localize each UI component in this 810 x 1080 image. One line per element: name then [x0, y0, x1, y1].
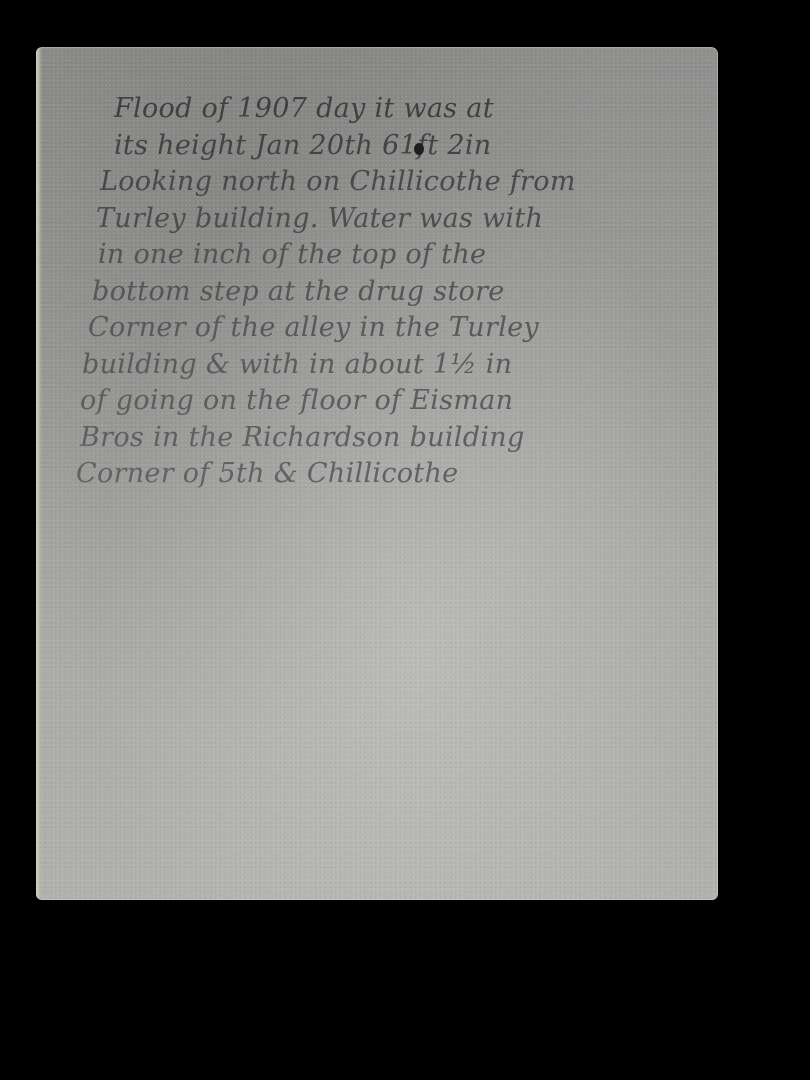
photo-background: Flood of 1907 day it was at its height J…: [0, 0, 810, 1080]
note-line: of going on the floor of Eisman: [76, 383, 696, 420]
note-line: Corner of the alley in the Turley: [76, 310, 696, 347]
note-line: bottom step at the drug store: [76, 274, 696, 311]
note-line: Bros in the Richardson building: [76, 420, 696, 457]
note-line: in one inch of the top of the: [76, 237, 696, 274]
note-line: its height Jan 20th 61ft 2in: [76, 128, 696, 165]
note-line: Corner of 5th & Chillicothe: [76, 456, 696, 493]
handwritten-note: Flood of 1907 day it was at its height J…: [76, 91, 696, 493]
note-line: Turley building. Water was with: [76, 201, 696, 238]
note-line: Looking north on Chillicothe from: [76, 164, 696, 201]
note-line: building & with in about 1½ in: [76, 347, 696, 384]
ink-blot: [414, 143, 424, 155]
document-card: Flood of 1907 day it was at its height J…: [36, 47, 718, 900]
note-line: Flood of 1907 day it was at: [76, 91, 696, 128]
